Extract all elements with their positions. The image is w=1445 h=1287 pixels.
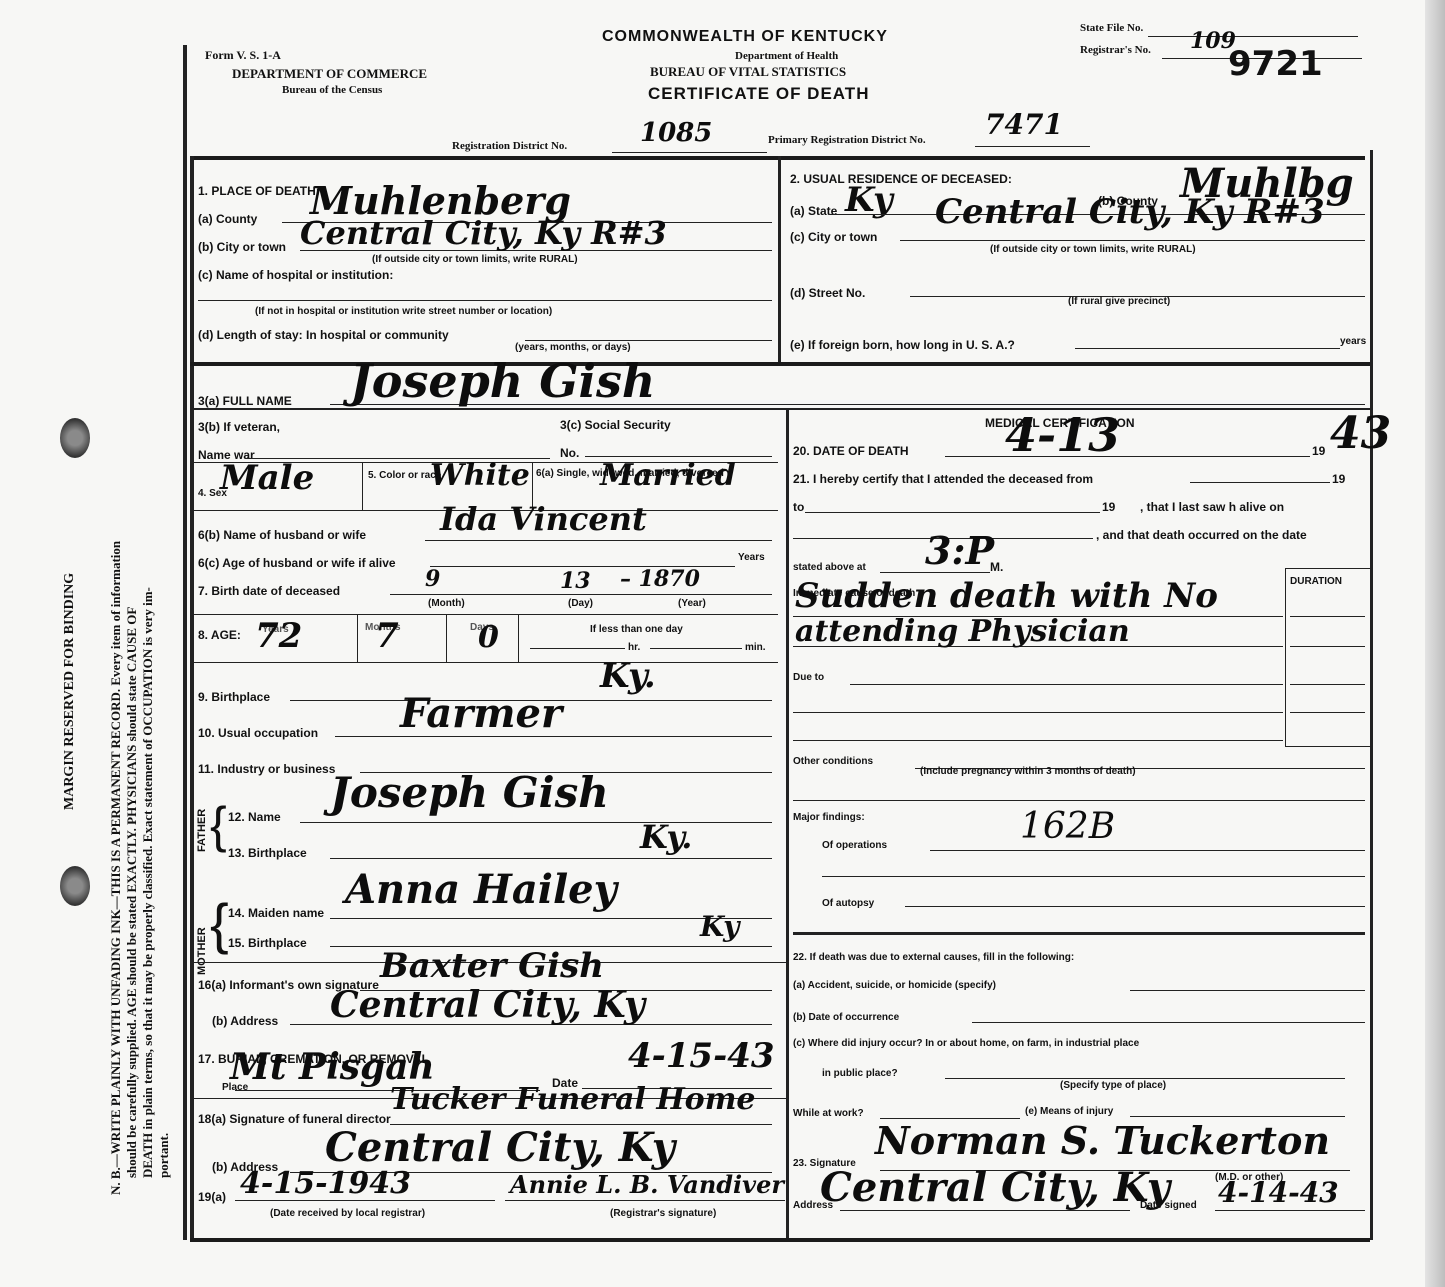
immediate-cause-value-2[interactable]: attending Physician: [795, 614, 1130, 649]
duration-field-3[interactable]: [1290, 684, 1365, 685]
occupation-label: 10. Usual occupation: [198, 726, 318, 740]
date-signed-value[interactable]: 4-14-43: [1218, 1176, 1339, 1209]
upper-column-divider: [778, 156, 781, 366]
form-left-border: [190, 156, 194, 1241]
death-city-value[interactable]: Central City, Ky R#3: [300, 214, 667, 252]
accident-label: (a) Accident, suicide, or homicide (spec…: [793, 980, 996, 991]
registration-district-value[interactable]: 1085: [640, 118, 712, 148]
length-of-stay-hint: (years, months, or days): [515, 342, 631, 353]
state-file-label: State File No.: [1080, 22, 1143, 34]
margin-instruction-line3: DEATH in plain terms, so that it may be …: [140, 587, 156, 1178]
date-signed-line: [1215, 1210, 1365, 1211]
due-to-line-2[interactable]: [793, 712, 1283, 713]
hours-label: hr.: [628, 642, 640, 653]
foreign-born-label: (e) If foreign born, how long in U. S. A…: [790, 338, 1015, 352]
father-tag: FATHER: [196, 809, 208, 852]
father-name-value[interactable]: Joseph Gish: [330, 768, 609, 817]
residence-state-label: (a) State: [790, 204, 837, 218]
birth-year-text: 1870: [639, 566, 700, 592]
marital-status-value[interactable]: Married: [600, 458, 736, 493]
date-of-death-line: [945, 456, 1310, 457]
meridiem-label: M.: [990, 560, 1003, 574]
injury-place-hint: (Specify type of place): [1060, 1080, 1166, 1091]
age-years-value[interactable]: 72: [255, 616, 302, 656]
death-occurred-label: , and that death occurred on the date: [1096, 528, 1307, 542]
form-bottom-border: [190, 1238, 1370, 1242]
street-number-label: (d) Street No.: [790, 286, 865, 300]
mother-name-label: 14. Maiden name: [228, 906, 324, 920]
age-days-value[interactable]: 0: [478, 620, 499, 655]
death-county-label: (a) County: [198, 212, 257, 226]
means-of-injury-label: (e) Means of injury: [1025, 1106, 1113, 1117]
primary-district-label: Primary Registration District No.: [768, 134, 926, 146]
spouse-name-line: [425, 540, 772, 541]
spouse-age-label: 6(c) Age of husband or wife if alive: [198, 556, 396, 570]
age-label: 8. AGE:: [198, 628, 241, 642]
of-operations-line: [930, 850, 1365, 851]
father-brace: {: [210, 800, 227, 850]
while-at-work-label: While at work?: [793, 1108, 864, 1119]
spouse-name-value[interactable]: Ida Vincent: [440, 500, 647, 538]
row-divider-birthplace: [194, 662, 778, 663]
duration-field-1[interactable]: [1290, 616, 1365, 617]
informant-address-value[interactable]: Central City, Ky: [330, 984, 645, 1026]
state-file-field[interactable]: [1148, 36, 1358, 37]
bureau-vital-statistics: BUREAU OF VITAL STATISTICS: [650, 64, 846, 80]
classification-code: 162B: [1020, 806, 1115, 847]
length-of-stay-label: (d) Length of stay: In hospital or commu…: [198, 328, 449, 342]
row-divider-age: [194, 614, 778, 615]
occupation-value[interactable]: Farmer: [400, 690, 562, 737]
registration-district-label: Registration District No.: [452, 140, 567, 152]
informant-value[interactable]: Baxter Gish: [380, 946, 604, 986]
duration-label: DURATION: [1290, 576, 1342, 587]
margin-instruction-line2: should be carefully supplied. AGE should…: [124, 607, 140, 1178]
state-title: COMMONWEALTH OF KENTUCKY: [602, 28, 888, 46]
hospital-label: (c) Name of hospital or institution:: [198, 268, 393, 282]
date-of-death-value[interactable]: 4-13: [1005, 408, 1120, 462]
duration-field-4[interactable]: [1290, 712, 1365, 713]
registrar-label: 19(a): [198, 1190, 226, 1204]
binding-hole-bottom: [60, 866, 90, 906]
attended-to-label: to: [793, 500, 804, 514]
residence-city-label: (c) City or town: [790, 230, 877, 244]
year-hint: (Year): [678, 598, 706, 609]
birth-day-value[interactable]: 13: [560, 568, 591, 594]
birth-date-label: 7. Birth date of deceased: [198, 584, 340, 598]
margin-instruction-line4: portant.: [156, 1133, 172, 1178]
full-name-value[interactable]: Joseph Gish: [350, 354, 655, 408]
birth-year-value[interactable]: – 1870: [620, 566, 700, 592]
age-divider-3: [518, 614, 519, 662]
attended-from-year-prefix: 19: [1332, 472, 1345, 486]
informant-address-label: (b) Address: [212, 1014, 278, 1028]
registrar-signature-hint: (Registrar's signature): [610, 1208, 716, 1219]
less-than-day-label: If less than one day: [590, 624, 683, 635]
residence-city-value[interactable]: Central City, Ky R#3: [935, 192, 1325, 232]
accident-field[interactable]: [1130, 990, 1365, 991]
registrar-number-label: Registrar's No.: [1080, 44, 1151, 56]
date-of-death-label: 20. DATE OF DEATH: [793, 444, 909, 458]
father-birthplace-label: 13. Birthplace: [228, 846, 307, 860]
birth-month-value[interactable]: 9: [425, 566, 440, 592]
means-of-injury-field[interactable]: [1130, 1116, 1345, 1117]
father-birthplace-value[interactable]: Ky.: [640, 818, 692, 856]
section-divider-2: [190, 408, 1370, 410]
row-divider-external: [793, 932, 1365, 935]
residence-city-hint: (If outside city or town limits, write R…: [990, 244, 1196, 255]
other-conditions-hint: (Include pregnancy within 3 months of de…: [920, 766, 1136, 777]
mother-birthplace-value[interactable]: Ky: [700, 910, 739, 943]
date-of-occurrence-field[interactable]: [972, 1022, 1365, 1023]
duration-box-bottom: [1285, 746, 1370, 747]
foreign-born-field[interactable]: [1075, 348, 1340, 349]
other-conditions-label: Other conditions: [793, 756, 873, 767]
age-divider-2: [446, 614, 447, 662]
margin-instruction-line1: N. B.—WRITE PLAINLY WITH UNFADING INK—TH…: [108, 541, 124, 1195]
funeral-address-value[interactable]: Central City, Ky: [325, 1124, 675, 1171]
industry-label: 11. Industry or business: [198, 762, 335, 776]
due-to-label: Due to: [793, 672, 824, 683]
major-findings-label: Major findings:: [793, 812, 865, 823]
duration-box-top: [1285, 568, 1370, 569]
duration-box-left: [1285, 568, 1286, 746]
last-saw-label: , that I last saw h alive on: [1140, 500, 1284, 514]
social-security-label: 3(c) Social Security: [560, 418, 671, 432]
full-name-label: 3(a) FULL NAME: [198, 394, 292, 408]
burial-date-value[interactable]: 4-15-43: [628, 1036, 775, 1076]
funeral-director-value[interactable]: Tucker Funeral Home: [390, 1082, 756, 1117]
age-months-value[interactable]: 7: [375, 616, 399, 656]
of-operations-field-2[interactable]: [822, 876, 1365, 877]
stated-above-label: stated above at: [793, 562, 866, 573]
registrar-signature-value[interactable]: Annie L. B. Vandiver: [510, 1170, 784, 1199]
street-number-hint: (If rural give precinct): [1068, 296, 1170, 307]
of-autopsy-label: Of autopsy: [822, 898, 874, 909]
lower-column-divider: [786, 408, 789, 1238]
spouse-name-label: 6(b) Name of husband or wife: [198, 528, 366, 542]
mother-tag: MOTHER: [196, 927, 208, 975]
color-value[interactable]: White: [430, 458, 530, 493]
death-city-label: (b) City or town: [198, 240, 286, 254]
attended-from-field[interactable]: [1190, 482, 1330, 483]
birthplace-label: 9. Birthplace: [198, 690, 270, 704]
certifier-signature-value[interactable]: Norman S. Tuckerton: [875, 1118, 1330, 1163]
bureau-name: Bureau of the Census: [282, 84, 382, 96]
of-autopsy-field[interactable]: [905, 906, 1365, 907]
injury-place-field[interactable]: [945, 1078, 1345, 1079]
immediate-cause-value-1[interactable]: Sudden death with No: [795, 576, 1218, 616]
veteran-label: 3(b) If veteran,: [198, 420, 280, 434]
margin-binding-note: MARGIN RESERVED FOR BINDING: [62, 573, 78, 810]
of-operations-label: Of operations: [822, 840, 887, 851]
due-to-line-1[interactable]: [850, 684, 1283, 685]
duration-field-2[interactable]: [1290, 646, 1365, 647]
age-divider-1: [357, 614, 358, 662]
sex-value[interactable]: Male: [220, 458, 314, 498]
external-causes-heading: 22. If death was due to external causes,…: [793, 952, 1074, 963]
death-city-hint: (If outside city or town limits, write R…: [372, 254, 578, 265]
mother-birthplace-label: 15. Birthplace: [228, 936, 307, 950]
registrar-stamp-number: 9721: [1228, 44, 1323, 84]
birth-date-line: [390, 594, 772, 595]
registrar-signature-line: [505, 1200, 785, 1201]
registrar-date-hint: (Date received by local registrar): [270, 1208, 425, 1219]
day-hint: (Day): [568, 598, 593, 609]
date-of-occurrence-label: (b) Date of occurrence: [793, 1012, 899, 1023]
primary-district-line: [975, 146, 1090, 147]
father-birthplace-line: [330, 858, 772, 859]
mother-name-value[interactable]: Anna Hailey: [345, 866, 617, 913]
ss-number-field[interactable]: [585, 456, 772, 457]
month-hint: (Month): [428, 598, 465, 609]
hospital-field[interactable]: [198, 300, 772, 301]
father-name-label: 12. Name: [228, 810, 281, 824]
minutes-field[interactable]: [650, 648, 742, 649]
department-name: DEPARTMENT OF COMMERCE: [232, 66, 427, 82]
certificate-title: CERTIFICATE OF DEATH: [648, 84, 869, 104]
certifier-address-value[interactable]: Central City, Ky: [820, 1164, 1170, 1211]
registration-district-line: [612, 152, 767, 153]
length-of-stay-field[interactable]: [525, 340, 772, 341]
birthplace-value[interactable]: Ky.: [600, 656, 656, 696]
injury-place-label-2: in public place?: [822, 1068, 898, 1079]
binding-hole-top: [60, 418, 90, 458]
scan-edge: [1425, 0, 1445, 1287]
due-to-line-3[interactable]: [793, 740, 1283, 741]
hours-field[interactable]: [530, 648, 625, 649]
residence-city-line: [900, 240, 1365, 241]
minutes-label: min.: [745, 642, 766, 653]
injury-place-label: (c) Where did injury occur? In or about …: [793, 1038, 1139, 1049]
left-border: [183, 45, 187, 1240]
form-right-border: [1370, 150, 1373, 1240]
sex-color-divider: [362, 462, 363, 510]
hospital-hint: (If not in hospital or institution write…: [255, 306, 552, 317]
place-of-death-heading: 1. PLACE OF DEATH:: [198, 184, 320, 198]
foreign-born-unit: years: [1340, 336, 1366, 347]
registrar-date-value[interactable]: 4-15-1943: [240, 1166, 411, 1201]
father-name-line: [300, 822, 772, 823]
spouse-age-unit: Years: [738, 552, 765, 563]
department-of-health: Department of Health: [735, 50, 838, 62]
primary-district-value[interactable]: 7471: [985, 108, 1063, 141]
time-of-death-value[interactable]: 3:P: [925, 528, 994, 573]
ss-number-label: No.: [560, 446, 579, 460]
death-year-prefix: 19: [1312, 444, 1325, 458]
mother-brace: {: [210, 896, 229, 952]
death-year-value[interactable]: 43: [1330, 408, 1391, 459]
date-signed-label: Date signed: [1140, 1200, 1197, 1211]
other-conditions-field-2[interactable]: [793, 800, 1365, 801]
certify-label: 21. I hereby certify that I attended the…: [793, 472, 1093, 486]
attended-to-field[interactable]: [805, 512, 1100, 513]
residence-heading: 2. USUAL RESIDENCE OF DECEASED:: [790, 172, 1012, 186]
attended-to-year-prefix: 19: [1102, 500, 1115, 514]
form-number: Form V. S. 1-A: [205, 48, 281, 63]
